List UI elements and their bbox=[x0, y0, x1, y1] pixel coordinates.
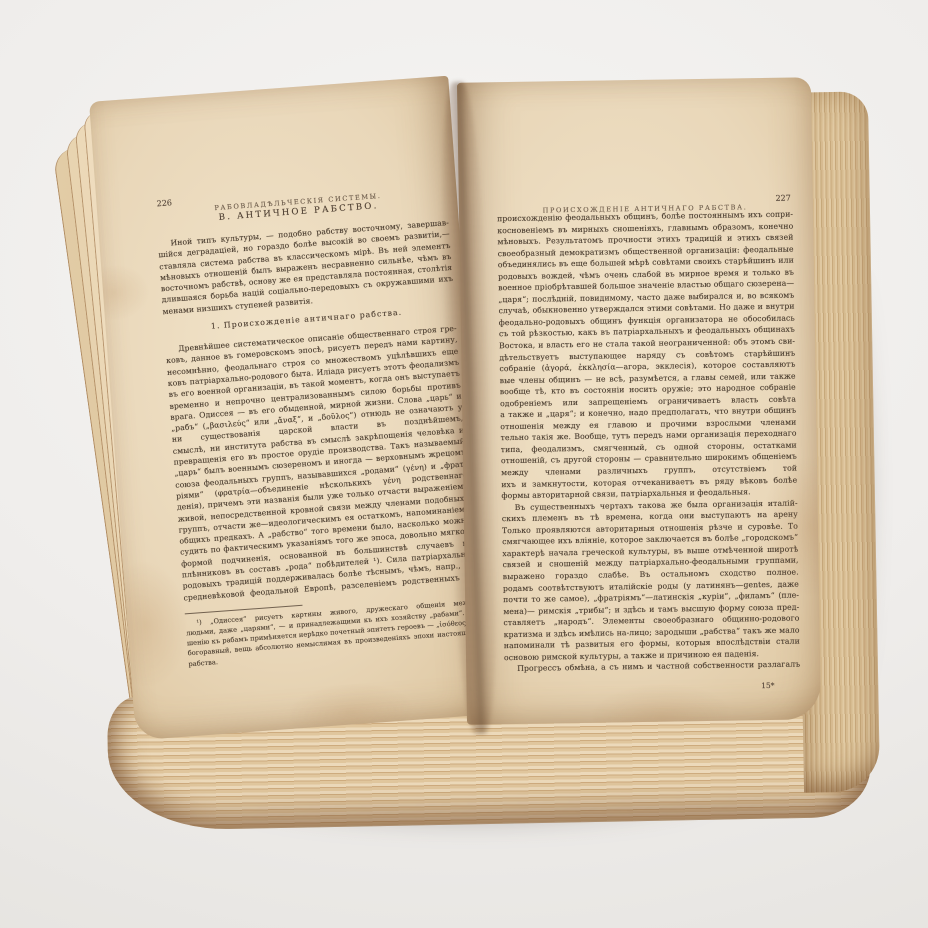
footnote: ¹) „Одиссея“ рисуетъ картины живого, дру… bbox=[185, 597, 480, 669]
page-number-left: 226 bbox=[156, 198, 172, 208]
left-page-intro-paragraph: Иной типъ культуры, — подобно рабству во… bbox=[157, 217, 454, 317]
right-page-header: ПРОИСХОЖДЕНІЕ АНТИЧНАГО РАБСТВА. 227 bbox=[497, 194, 793, 208]
left-page-body: Древнѣйшее систематическое описаніе обще… bbox=[165, 323, 475, 604]
page-number-right: 227 bbox=[775, 194, 790, 203]
right-page: ПРОИСХОЖДЕНІЕ АНТИЧНАГО РАБСТВА. 227 про… bbox=[457, 77, 821, 724]
right-page-body: происхожденію феодальныхъ общинъ, болѣе … bbox=[497, 209, 800, 675]
left-page: 226 РАБОВЛАДѢЛЬЧЕСКІЯ СИСТЕМЫ. В. АНТИЧН… bbox=[89, 76, 495, 741]
signature-mark: 15* bbox=[504, 681, 774, 694]
photo-backdrop: 226 РАБОВЛАДѢЛЬЧЕСКІЯ СИСТЕМЫ. В. АНТИЧН… bbox=[0, 0, 928, 928]
